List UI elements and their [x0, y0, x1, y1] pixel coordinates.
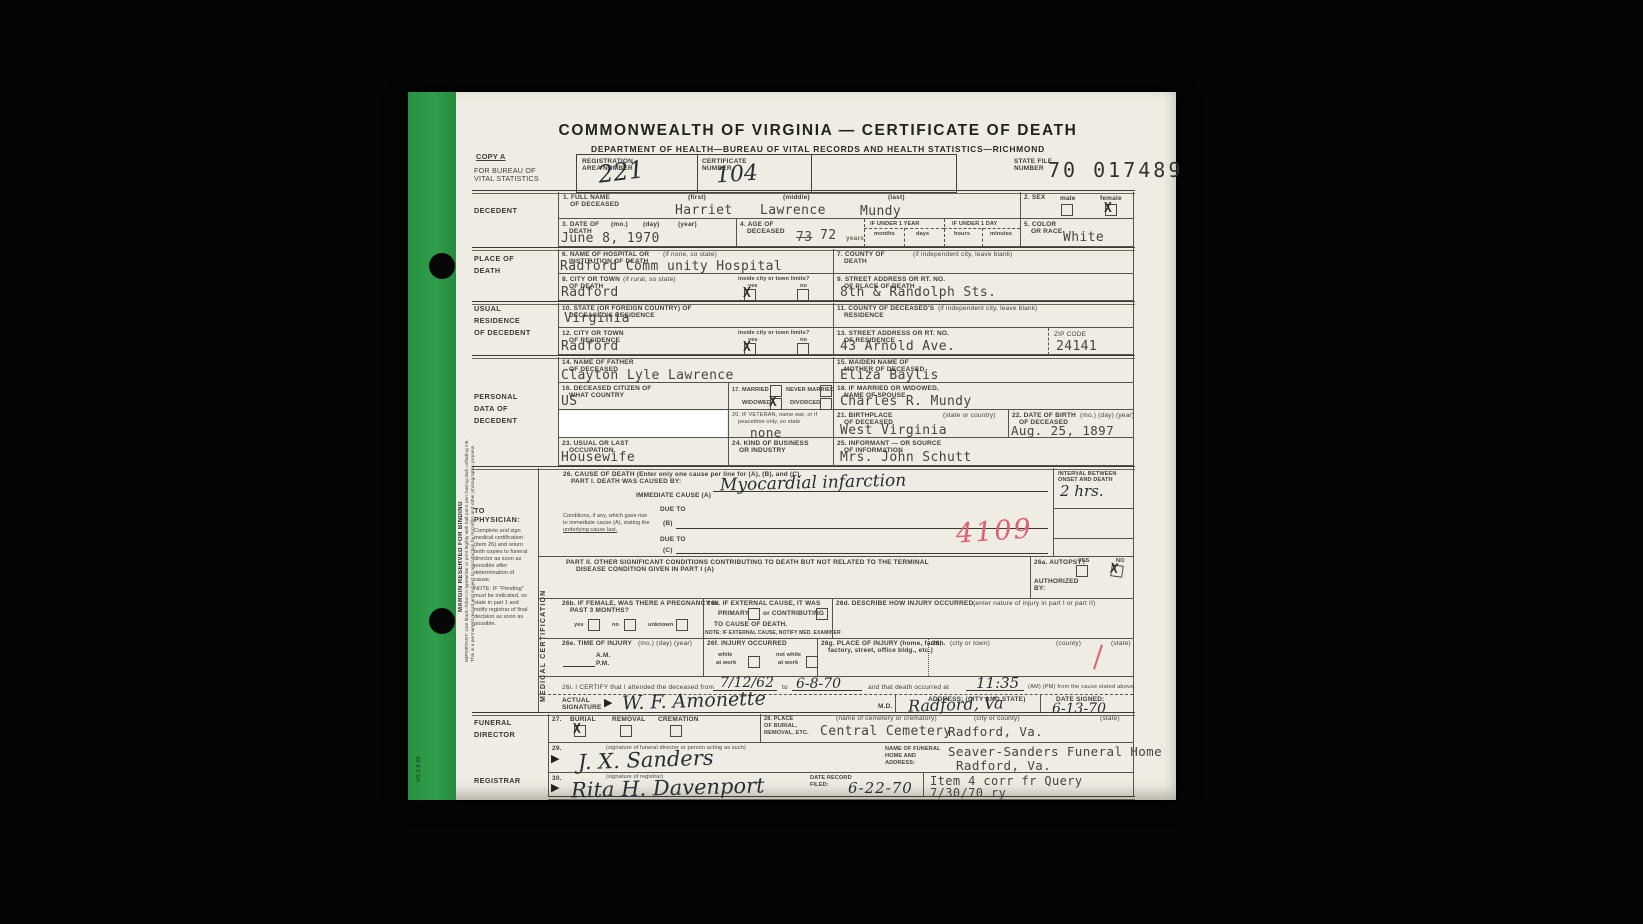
cemetery-hint: (name of cemetery or crematory) [836, 715, 937, 722]
first-name-hint: (first) [688, 194, 706, 201]
father-value: Clayton Lyle Lawrence [561, 368, 734, 383]
certify-label-3: (AM) (PM) from the cause stated above. [1028, 684, 1135, 690]
margin-binding-label: MARGIN RESERVED FOR BINDING [458, 282, 464, 612]
zip-label: ZIP CODE [1054, 331, 1086, 338]
county-res-label-1: 11. COUNTY OF DECEASED'S [837, 305, 934, 312]
last-name-hint: (last) [888, 194, 905, 201]
birthplace-label-1: 21. BIRTHPLACE [837, 412, 893, 419]
veteran-label-1: 20. IF VETERAN, name war, or if [732, 412, 817, 418]
sex-female-checkbox: X [1105, 204, 1117, 216]
side-label-personal-1: PERSONAL [474, 392, 518, 401]
funeral-director-number: 29. [552, 745, 562, 752]
state-file-value: 70 017489 [1048, 158, 1183, 182]
date-signed-value: 6-13-70 [1052, 701, 1106, 717]
primary-label: PRIMARY [718, 610, 749, 617]
days-label: days [916, 231, 929, 237]
injury-state-hint: (state) [1111, 640, 1131, 647]
side-physician-note: Complete and sign medical certification … [474, 528, 532, 584]
while-at-work-label-1: while [718, 652, 733, 658]
photo-background: VS 2 3-69 MARGIN RESERVED FOR BINDING IM… [0, 0, 1643, 924]
occupation-label-1: 23. USUAL OR LAST [562, 440, 629, 447]
immediate-cause-label: IMMEDIATE CAUSE (A) [636, 492, 711, 499]
pregnancy-no-checkbox [624, 619, 636, 631]
correction-note-2: 7/30/70 ry [930, 786, 1006, 800]
actual-signature-label-1: ACTUAL [562, 697, 590, 704]
burial-checkbox: X [574, 725, 586, 737]
county-death-label-1: 7. COUNTY OF [837, 251, 885, 258]
red-slash-mark [1093, 644, 1103, 669]
autopsy-yes-checkbox [1076, 565, 1088, 577]
pregnancy-yes-label: yes [574, 622, 584, 628]
injury-described-hint: (enter nature of injury in part I or par… [973, 600, 1095, 607]
date-filed-label-2: FILED: [810, 782, 829, 788]
middle-name-value: Lawrence [760, 203, 826, 218]
county-res-hint: (if independent city, leave blank) [938, 305, 1038, 312]
margin-binding-note1: IMPORTANT: Use black ribbon in typewrite… [465, 242, 470, 662]
county-death-hint: (if independent city, leave blank) [913, 251, 1013, 258]
external-cause-label-2: TO CAUSE OF DEATH. [714, 621, 787, 628]
conditions-line-1: Conditions, if any, which gave rise [563, 513, 658, 520]
due-to-label-2: DUE TO [660, 536, 686, 543]
certify-label-2: and that death occurred at [868, 684, 949, 691]
contributing-label: or CONTRIBUTING [763, 610, 824, 617]
funeral-home-label-3: ADDRESS: [885, 760, 915, 766]
authorized-label-2: BY: [1034, 585, 1045, 592]
city-of-death-value: Radford [561, 285, 619, 300]
full-name-label-2: OF DECEASED [570, 201, 619, 208]
side-label-physician-1: TO [474, 506, 485, 515]
death-time-line [966, 690, 1024, 691]
external-cause-note: NOTE: IF EXTERNAL CAUSE, NOTIFY MED. EXA… [705, 630, 841, 636]
actual-signature-label-2: SIGNATURE [562, 704, 602, 711]
cause-c-line [676, 553, 1048, 554]
medical-certification-vertical-label: MEDICAL CERTIFICATION [540, 512, 547, 702]
authorized-label-1: AUTHORIZED [1034, 578, 1079, 585]
city-death-hint: (if rural, so state) [623, 276, 676, 283]
removal-checkbox [620, 725, 632, 737]
side-label-decedent: DECEDENT [474, 206, 517, 215]
checkbox-x-mark: X [1104, 201, 1112, 216]
cause-c-label: (C) [663, 547, 673, 554]
sex-male-checkbox [1061, 204, 1073, 216]
zip-value: 24141 [1056, 339, 1097, 354]
state-residence-value: Virginia [564, 311, 630, 326]
minutes-label: minutes [990, 231, 1012, 237]
certificate-value: 104 [715, 161, 759, 189]
autopsy-yes-label: YES [1078, 558, 1090, 564]
medical-divider-3 [538, 638, 1133, 639]
checkbox-x-mark: X [769, 395, 777, 410]
county-res-label-2: RESIDENCE [844, 312, 884, 319]
divider-address-date [1040, 694, 1041, 712]
date-filed-value: 6-22-70 [848, 779, 913, 797]
attended-to-line [792, 690, 862, 691]
time-injury-hint: (mo.) (day) (year) [638, 640, 692, 647]
not-while-label-1: not while [776, 652, 801, 658]
funeral-home-label-1: NAME OF FUNERAL [885, 746, 941, 752]
street-res-label-1: 13. STREET ADDRESS OR RT. NO. [837, 330, 949, 337]
interval-col-border [1053, 468, 1054, 556]
side-label-registrar: REGISTRAR [474, 776, 521, 785]
divider-filed-note [923, 772, 924, 796]
injury-city-hint: (city or town) [950, 640, 990, 647]
cemetery-state-hint: (state) [1100, 715, 1120, 722]
pregnancy-unknown-checkbox [676, 619, 688, 631]
side-label-funeral-2: DIRECTOR [474, 730, 515, 739]
cemetery-value: Central Cemetery [820, 724, 952, 739]
side-label-personal-2: DATA OF [474, 404, 508, 413]
hospital-hint: (if none, so state) [663, 251, 717, 258]
spare-number-box [811, 154, 957, 193]
limits-label-res: inside city or town limits? [738, 330, 809, 336]
side-label-personal-3: DECEDENT [474, 416, 517, 425]
birthplace-hint: (state or country) [943, 412, 996, 419]
punch-hole-bottom [429, 608, 455, 634]
md-label: M.D. [878, 703, 893, 710]
business-label-1: 24. KIND OF BUSINESS [732, 440, 809, 447]
funeral-director-signature: J. X. Sanders [578, 746, 714, 775]
under-1-year-label: IF UNDER 1 YEAR [870, 221, 920, 227]
date-year-hint: (year) [678, 221, 697, 228]
to-word: to [782, 684, 788, 691]
side-label-residence-3: OF DECEDENT [474, 328, 531, 337]
not-while-checkbox [806, 656, 818, 668]
dob-label-1: 22. DATE OF BIRTH [1012, 412, 1076, 419]
cause-b-label: (B) [663, 520, 673, 527]
divider-26e-26f [703, 638, 704, 676]
hospital-label-1: 6. NAME OF HOSPITAL OR [562, 251, 649, 258]
state-file-label-2: NUMBER [1014, 165, 1044, 172]
hospital-value: Radford Comm unity Hospital [560, 259, 782, 274]
marital-number: 17. [732, 387, 740, 393]
limits-no-checkbox-death [797, 289, 809, 301]
widowed-checkbox: X [770, 398, 782, 410]
part2-line-2: DISEASE CONDITION GIVEN IN PART I (A) [576, 566, 714, 573]
side-pending-note: NOTE: IF "Pending" must be indicated, so… [474, 586, 532, 628]
cemetery-city-value: Radford, Va. [948, 724, 1043, 739]
primary-checkbox [748, 608, 760, 620]
checkbox-x-mark: X [743, 340, 751, 355]
injury-county-hint: (county) [1056, 640, 1081, 647]
registrar-arrow-icon: ▶ [551, 781, 559, 794]
age-struck-value: 73 [796, 230, 812, 245]
document-subtitle: DEPARTMENT OF HEALTH—BUREAU OF VITAL REC… [498, 144, 1138, 154]
last-name-value: Mundy [860, 204, 901, 219]
while-at-work-checkbox [748, 656, 760, 668]
color-race-label-1: 5. COLOR [1024, 221, 1056, 228]
conditions-line-3: underlying cause last. [563, 527, 658, 534]
county-death-label-2: DEATH [844, 258, 867, 265]
hours-minutes-divider [982, 228, 983, 247]
married-label: MARRIED [742, 387, 769, 393]
place-burial-label-1: 28. PLACE [764, 716, 793, 722]
place-burial-label-3: REMOVAL, ETC. [764, 730, 809, 736]
cemetery-city-hint: (city or county) [974, 715, 1020, 722]
limits-label-death: inside city or town limits? [738, 276, 809, 282]
side-label-physician-2: PHYSICIAN: [474, 515, 520, 524]
age-label-2: DECEASED [747, 228, 785, 235]
copy-label: COPY A [476, 152, 506, 161]
rule-personal [472, 466, 1135, 470]
mother-value: Eliza Baylis [840, 368, 939, 383]
divorced-label: DIVORCED [790, 400, 820, 406]
limits-no-checkbox-res [797, 343, 809, 355]
funeral-director-arrow-icon: ▶ [551, 752, 559, 765]
punch-hole-top [429, 253, 455, 279]
side-label-funeral-1: FUNERAL [474, 718, 512, 727]
contributing-checkbox [816, 608, 828, 620]
limits-yes-checkbox-death: X [744, 289, 756, 301]
city-res-label-1: 12. CITY OR TOWN [562, 330, 624, 337]
business-label-2: OR INDUSTRY [739, 447, 786, 454]
mother-label-1: 15. MAIDEN NAME OF [837, 359, 909, 366]
part2-line-1: PART II. OTHER SIGNIFICANT CONDITIONS CO… [566, 559, 929, 566]
interval-divider-1 [1053, 508, 1133, 509]
citizen-value: US [561, 394, 577, 409]
physician-signature: W. F. Amonette [622, 687, 766, 714]
interval-divider-2 [1053, 538, 1133, 539]
conditions-line-2: to immediate cause (A), stating the [563, 520, 658, 527]
checkbox-x-mark: X [743, 286, 751, 301]
spouse-value: Charles R. Mundy [840, 394, 972, 409]
date-of-death-value: June 8, 1970 [561, 231, 660, 246]
full-name-label-1: 1. FULL NAME [563, 194, 610, 201]
autopsy-col-border [1030, 556, 1031, 598]
registrar-signature: Rita H. Davenport [571, 773, 765, 802]
funeral-home-label-2: HOME AND [885, 753, 916, 759]
side-label-place-2: DEATH [474, 266, 501, 275]
under-1-day-label: IF UNDER 1 DAY [952, 221, 997, 227]
bureau-label-2: VITAL STATISTICS [474, 174, 539, 183]
pm-label: P.M. [596, 660, 609, 667]
medical-divider-2 [538, 598, 1133, 599]
middle-name-hint: (middle) [783, 194, 810, 201]
registration-value: 221 [596, 155, 645, 188]
side-label-residence-1: USUAL [474, 304, 501, 313]
injury-described-label: 26d. DESCRIBE HOW INJURY OCCURRED. [836, 600, 975, 607]
physician-address-value: Radford, Va [908, 693, 1004, 715]
months-days-divider [904, 228, 905, 247]
birthplace-value: West Virginia [840, 423, 947, 438]
side-label-residence-2: RESIDENCE [474, 316, 520, 325]
father-label-1: 14. NAME OF FATHER [562, 359, 634, 366]
due-to-label-1: DUE TO [660, 506, 686, 513]
side-label-place-1: PLACE OF [474, 254, 514, 263]
autopsy-no-checkbox: X [1110, 564, 1124, 578]
street-residence-value: 43 Arnold Ave. [840, 339, 955, 354]
citizen-label-1: 16. DECEASED CITIZEN OF [562, 385, 651, 392]
am-label: A.M. [596, 652, 611, 659]
cremation-label: CREMATION [658, 716, 699, 723]
time-injury-label: 26e. TIME OF INJURY [562, 640, 632, 647]
dob-hint: (mo.) (day) (year) [1080, 412, 1134, 419]
pregnancy-label-2: PAST 3 MONTHS? [570, 607, 629, 614]
occupation-value: Housewife [561, 450, 635, 465]
checkbox-x-mark: X [1109, 561, 1119, 577]
informant-label-1: 25. INFORMANT — OR SOURCE [837, 440, 941, 447]
removal-label: REMOVAL [612, 716, 645, 723]
checkbox-x-mark: X [573, 722, 581, 737]
hours-label: hours [954, 231, 970, 237]
street-death-label-1: 9. STREET ADDRESS OR RT. NO. [837, 276, 945, 283]
binding-strip [408, 92, 456, 800]
funeral-home-city-value: Radford, Va. [956, 758, 1051, 773]
city-residence-value: Radford [561, 339, 619, 354]
divorced-checkbox [820, 398, 832, 410]
color-race-value: White [1063, 230, 1104, 245]
form-right-border [1133, 192, 1134, 796]
state-file-label-1: STATE FILE [1014, 158, 1052, 165]
age-value: 72 [820, 228, 836, 243]
never-married-checkbox [820, 385, 832, 397]
divider-27-28 [760, 714, 761, 742]
cremation-checkbox [670, 725, 682, 737]
dob-value: Aug. 25, 1897 [1011, 423, 1114, 438]
months-label: months [874, 231, 895, 237]
color-race-label-2: OR RACE [1031, 228, 1062, 235]
pregnancy-label-1: 26b. IF FEMALE, WAS THERE A PREGNANCY IN [562, 600, 719, 607]
divider-sig-address [895, 694, 896, 712]
part1-label: PART I. DEATH WAS CAUSED BY: [571, 478, 681, 485]
pregnancy-yes-checkbox [588, 619, 600, 631]
city-death-label-1: 8. CITY OR TOWN [562, 276, 620, 283]
redaction-box [559, 411, 727, 437]
burial-number: 27. [552, 716, 562, 723]
injury-city-number: 26h. [932, 640, 946, 647]
funeral-home-value: Seaver-Sanders Funeral Home [948, 744, 1162, 759]
interval-value: 2 hrs. [1060, 482, 1104, 500]
funeral-divider-1 [548, 742, 1133, 743]
red-stamp-4109: 4109 [955, 513, 1034, 549]
date-day-hint: (day) [643, 221, 660, 228]
place-injury-label-1: 26g. PLACE OF INJURY (home, farm, [821, 640, 941, 647]
limits-yes-checkbox-res: X [744, 343, 756, 355]
document-title: COMMONWEALTH OF VIRGINIA — CERTIFICATE O… [498, 122, 1138, 140]
funeral-left-border [548, 714, 549, 796]
informant-value: Mrs. John Schutt [840, 450, 972, 465]
pregnancy-no-label: no [612, 622, 619, 628]
time-injury-line [563, 666, 595, 667]
date-mo-hint: (mo.) [611, 221, 628, 228]
first-name-value: Harriet [675, 203, 733, 218]
sex-male-label: male [1060, 195, 1076, 202]
sex-label: 2. SEX [1024, 194, 1045, 201]
age-unit-label: years [846, 235, 864, 242]
not-while-label-2: at work [778, 660, 798, 666]
street-of-death-value: 8th & Randolph Sts. [840, 285, 996, 300]
widowed-label: WIDOWED [742, 400, 771, 406]
place-burial-label-2: OF BURIAL, [764, 723, 797, 729]
injury-occurred-label: 26f. INJURY OCCURRED [707, 640, 787, 647]
pregnancy-unknown-label: unknown [648, 622, 673, 628]
date-death-label-1: 3. DATE OF [562, 221, 599, 228]
spouse-label-1: 18. IF MARRIED OR WIDOWED, [837, 385, 939, 392]
form-number: VS 2 3-69 [416, 712, 422, 782]
medical-divider-1 [538, 556, 1133, 557]
death-certificate-page: VS 2 3-69 MARGIN RESERVED FOR BINDING IM… [408, 92, 1176, 800]
signature-arrow-icon: ▶ [604, 696, 612, 709]
place-injury-label-2: factory, street, office bldg., etc.) [828, 647, 933, 654]
while-at-work-label-2: at work [716, 660, 736, 666]
age-label-1: 4. AGE OF [740, 221, 774, 228]
external-cause-label-1: 26c. IF EXTERNAL CAUSE, IT WAS [707, 600, 821, 607]
date-filed-label-1: DATE RECORD [810, 775, 852, 781]
